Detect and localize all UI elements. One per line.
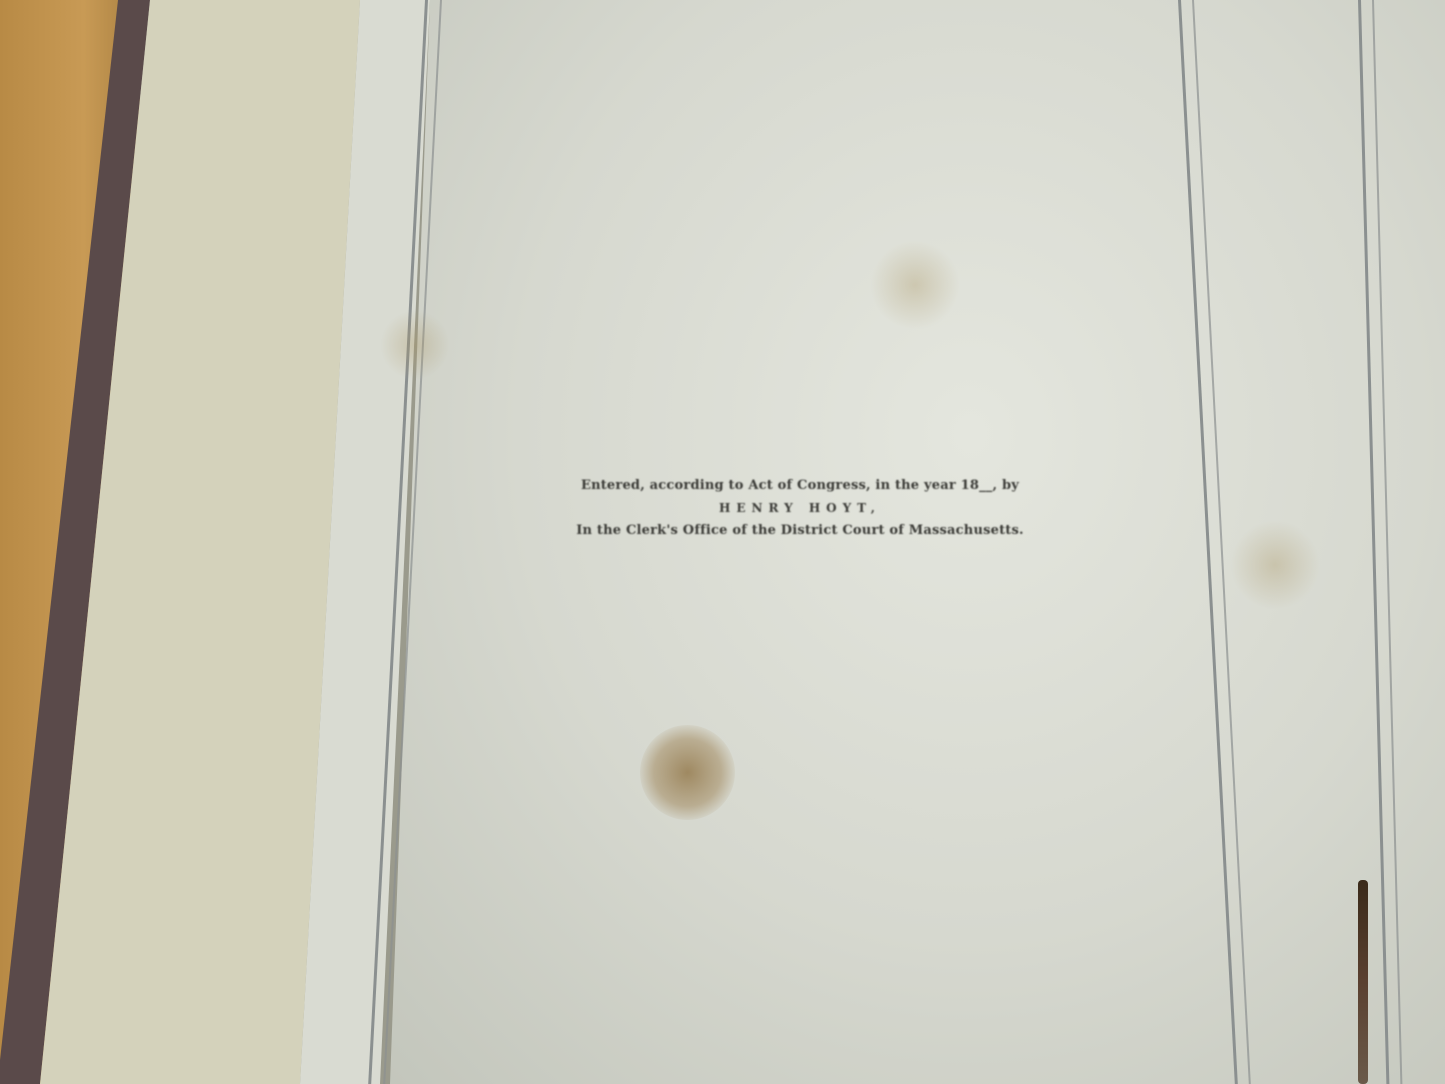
faint-stain	[380, 310, 450, 380]
copyright-entry-line: Entered, according to Act of Congress, i…	[440, 478, 1160, 493]
copyright-office-line: In the Clerk's Office of the District Co…	[440, 523, 1160, 538]
foxing-stain	[640, 725, 735, 820]
faint-stain	[1230, 520, 1320, 610]
copyright-holder-name: HENRY HOYT,	[440, 501, 1160, 515]
faint-stain	[870, 240, 960, 330]
page-tear	[1358, 880, 1368, 1084]
copyright-notice: Entered, according to Act of Congress, i…	[440, 478, 1160, 538]
